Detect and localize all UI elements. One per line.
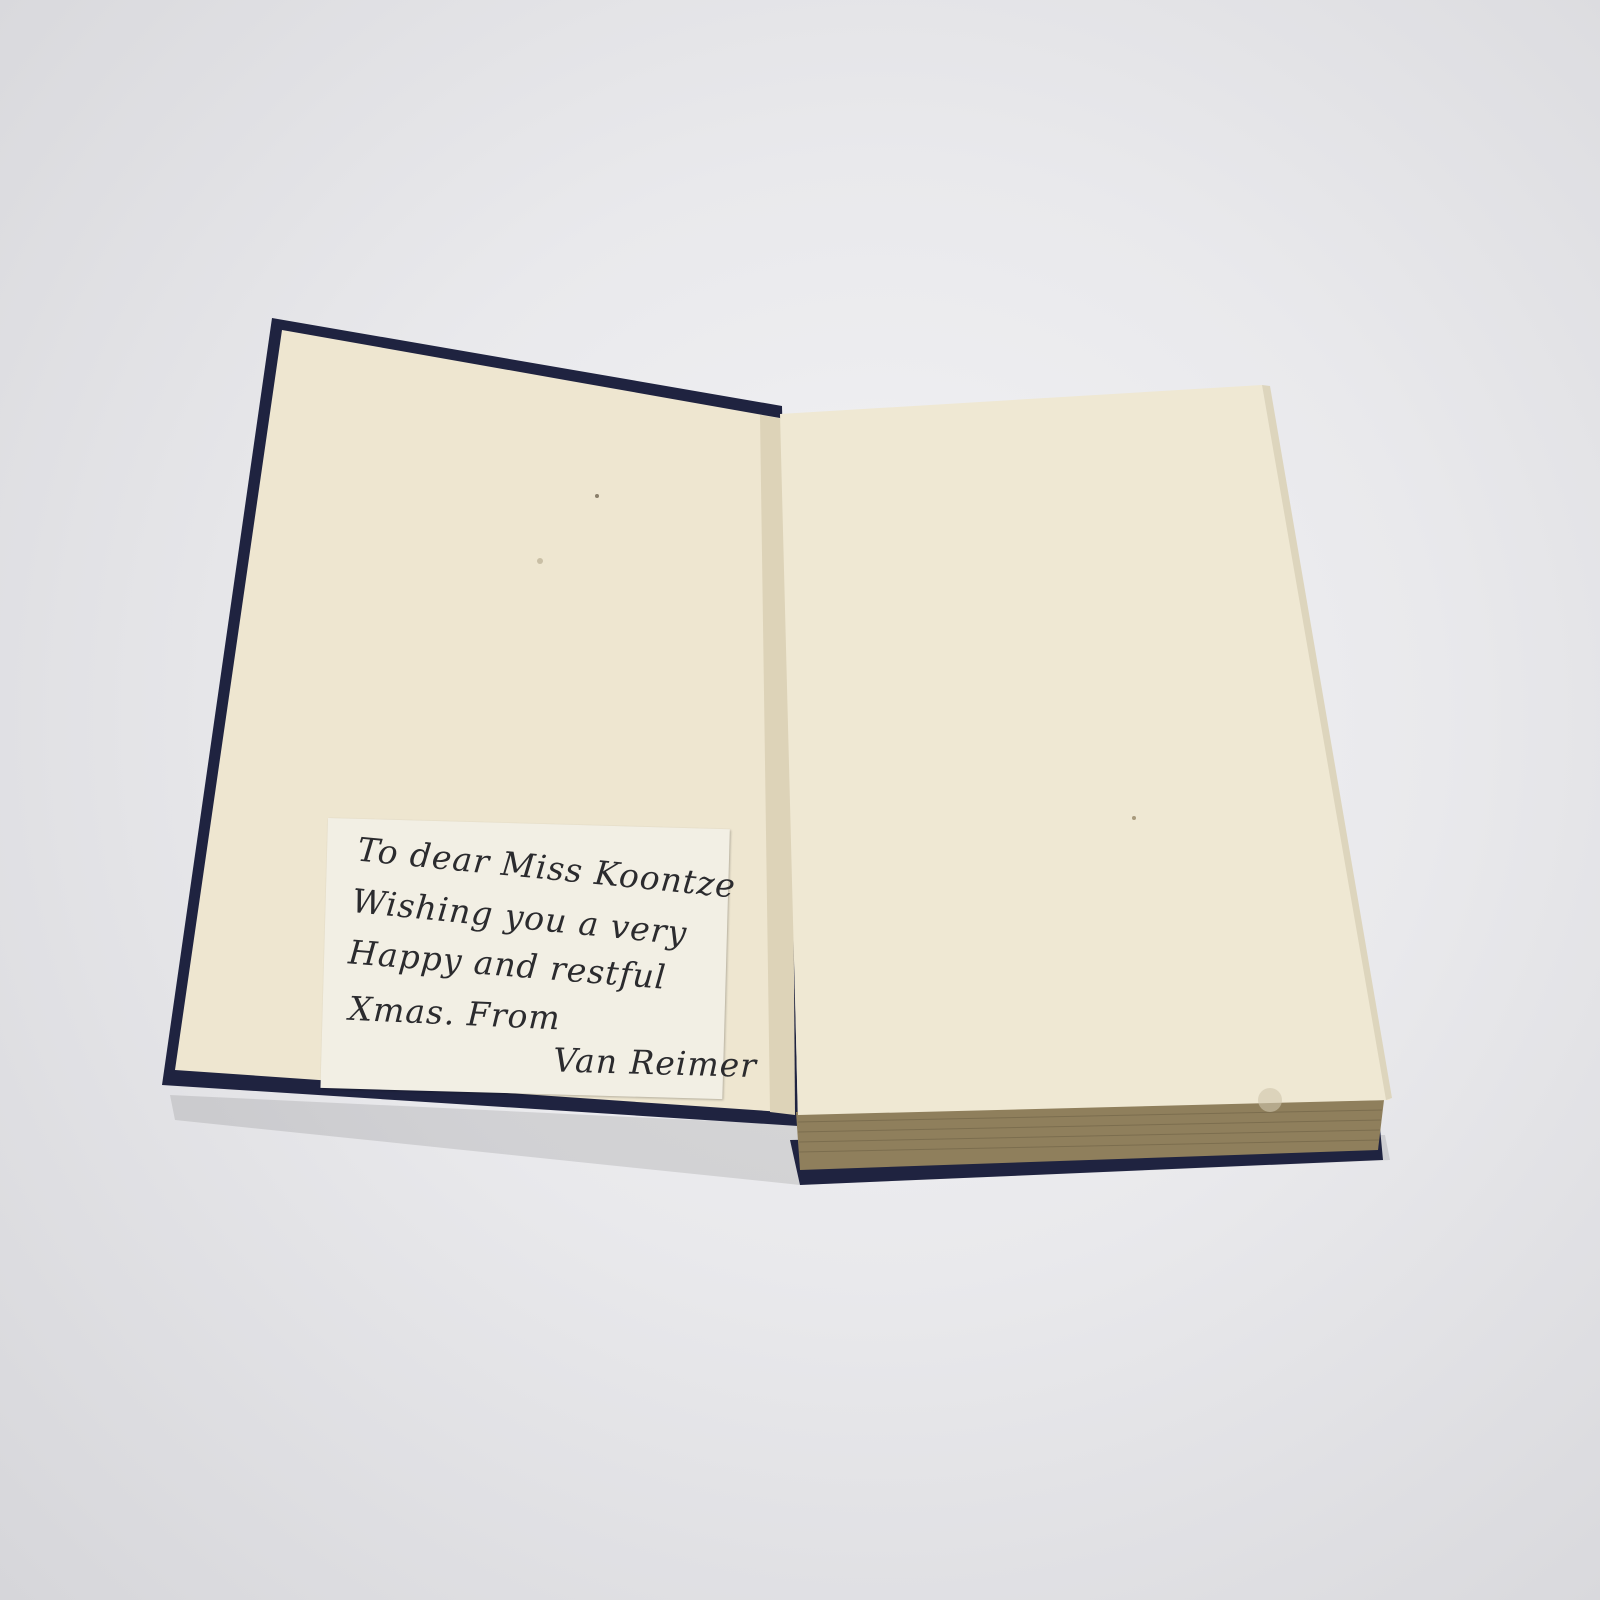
- open-book: [0, 0, 1600, 1600]
- inscription-signature: Van Reimer: [553, 1040, 758, 1085]
- inscription-card: To dear Miss Koontze Wishing you a very …: [320, 818, 729, 1099]
- right-flyleaf: [780, 385, 1390, 1115]
- photo-scene: To dear Miss Koontze Wishing you a very …: [0, 0, 1600, 1600]
- inscription-line-4: Xmas. From: [348, 989, 562, 1038]
